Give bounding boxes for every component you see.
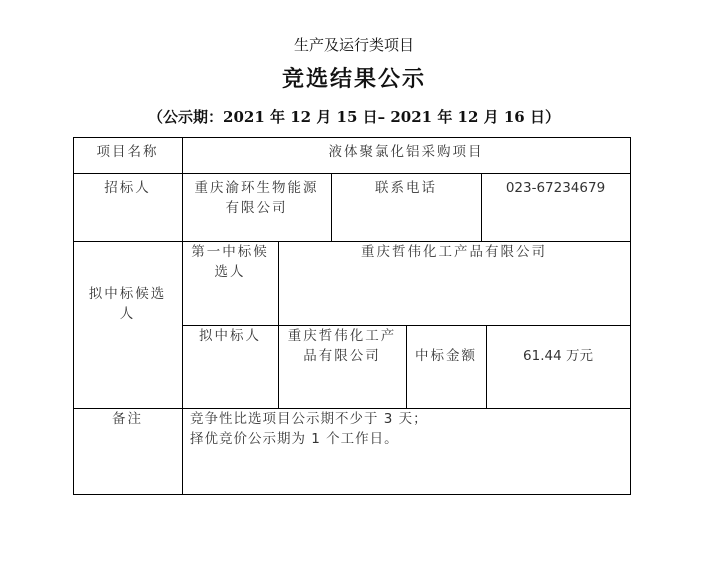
first-candidate-value: 重庆哲伟化工产品有限公司 xyxy=(278,241,630,325)
table-border-right xyxy=(630,137,631,495)
candidate-label-line2: 人 xyxy=(73,304,182,324)
tenderer-value-line1: 重庆渝环生物能源 xyxy=(182,178,331,198)
table-border-bottom xyxy=(73,494,631,495)
contact-value: 023-67234679 xyxy=(481,173,630,241)
document-title: 竞选结果公示 xyxy=(0,62,708,93)
first-candidate-label-line1: 第一中标候 xyxy=(182,242,278,262)
tenderer-value: 重庆渝环生物能源 有限公司 xyxy=(182,173,331,241)
remarks-line2: 择优竞价公示期为 1 个工作日。 xyxy=(190,429,630,449)
winner-value-line1: 重庆哲伟化工产 xyxy=(278,326,406,346)
first-candidate-label-line2: 选人 xyxy=(182,262,278,282)
publicity-period: （公示期：2021 年 12 月 15 日– 2021 年 12 月 16 日） xyxy=(0,106,708,127)
amount-value: 61.44 万元 xyxy=(486,325,630,408)
remarks-line1: 竞争性比选项目公示期不少于 3 天； xyxy=(190,409,630,429)
first-candidate-label: 第一中标候 选人 xyxy=(182,241,278,325)
contact-label: 联系电话 xyxy=(331,173,481,241)
amount-label: 中标金额 xyxy=(406,325,486,408)
winner-label: 拟中标人 xyxy=(182,325,278,408)
tenderer-value-line2: 有限公司 xyxy=(182,198,331,218)
tenderer-label: 招标人 xyxy=(73,173,182,241)
project-name-value: 液体聚氯化铝采购项目 xyxy=(182,137,630,173)
winner-value: 重庆哲伟化工产 品有限公司 xyxy=(278,325,406,408)
winner-value-line2: 品有限公司 xyxy=(278,346,406,366)
document-subtitle: 生产及运行类项目 xyxy=(0,34,708,55)
project-name-label: 项目名称 xyxy=(73,137,182,173)
candidate-label-line1: 拟中标候选 xyxy=(73,284,182,304)
candidate-label: 拟中标候选 人 xyxy=(73,241,182,408)
remarks-value: 竞争性比选项目公示期不少于 3 天； 择优竞价公示期为 1 个工作日。 xyxy=(182,408,630,494)
remarks-label: 备注 xyxy=(73,408,182,494)
